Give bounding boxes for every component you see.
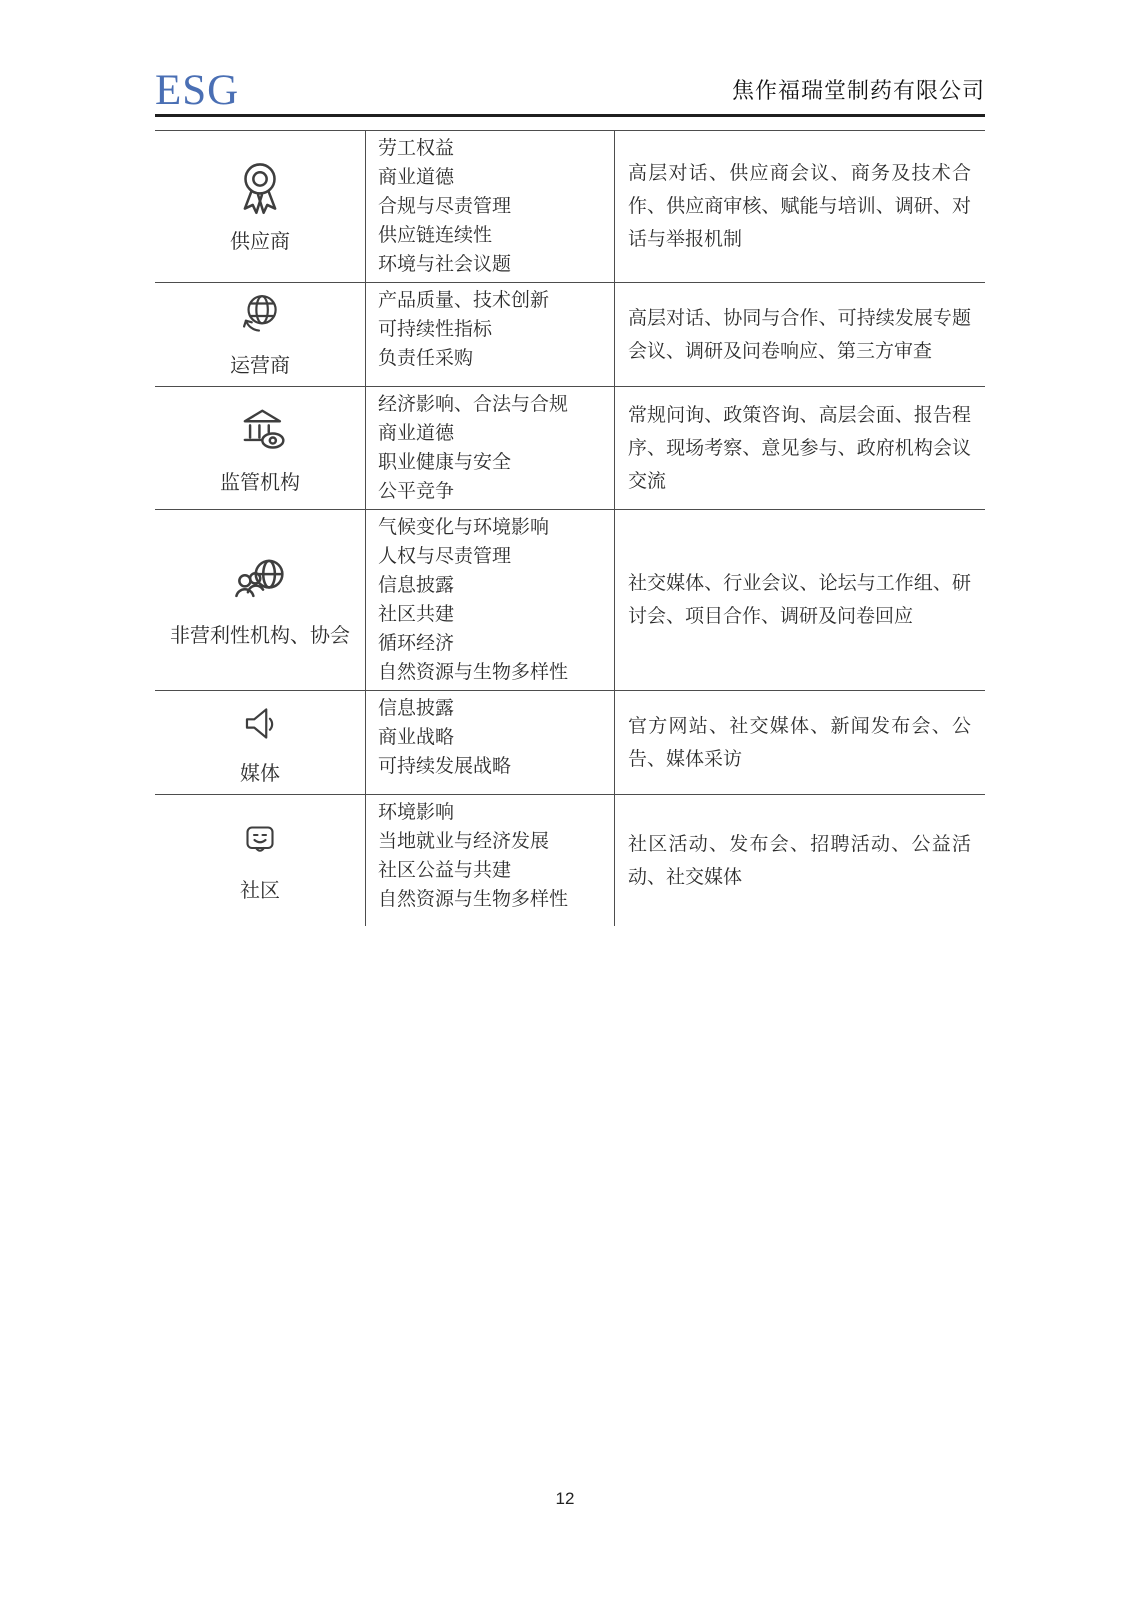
topic-line: 产品质量、技术创新 — [378, 286, 606, 315]
stakeholder-cell: 供应商 — [155, 131, 365, 282]
stakeholder-cell: 媒体 — [155, 691, 365, 794]
topic-line: 循环经济 — [378, 629, 606, 658]
topic-line: 自然资源与生物多样性 — [378, 885, 606, 914]
topic-line: 商业道德 — [378, 163, 606, 192]
page-header: ESG 焦作福瑞堂制药有限公司 — [155, 68, 985, 117]
stakeholder-label: 运营商 — [230, 349, 290, 378]
methods-text: 官方网站、社交媒体、新闻发布会、公告、媒体采访 — [628, 710, 971, 776]
methods-cell: 常规问询、政策咨询、高层会面、报告程序、现场考察、意见参与、政府机构会议交流 — [615, 387, 985, 509]
topics-cell: 信息披露 商业战略 可持续发展战略 — [365, 691, 615, 794]
stakeholder-label: 非营利性机构、协会 — [170, 619, 350, 648]
document-page: ESG 焦作福瑞堂制药有限公司 供应商 — [0, 0, 1130, 1600]
page-number: 12 — [0, 1489, 1130, 1509]
table-row: 运营商 产品质量、技术创新 可持续性指标 负责任采购 高层对话、协同与合作、可持… — [155, 282, 985, 386]
table-row: 媒体 信息披露 商业战略 可持续发展战略 官方网站、社交媒体、新闻发布会、公告、… — [155, 690, 985, 794]
stakeholder-label: 社区 — [240, 874, 280, 903]
table-row: 监管机构 经济影响、合法与合规 商业道德 职业健康与安全 公平竞争 常规问询、政… — [155, 386, 985, 509]
methods-text: 社区活动、发布会、招聘活动、公益活动、社交媒体 — [628, 828, 971, 894]
topic-line: 社区公益与共建 — [378, 856, 606, 885]
chat-smiley-icon — [236, 818, 284, 866]
topic-line: 环境与社会议题 — [378, 250, 606, 279]
topic-line: 可持续性指标 — [378, 315, 606, 344]
stakeholder-cell: 非营利性机构、协会 — [155, 510, 365, 690]
topic-line: 自然资源与生物多样性 — [378, 658, 606, 687]
topic-line: 气候变化与环境影响 — [378, 513, 606, 542]
company-name: 焦作福瑞堂制药有限公司 — [732, 74, 985, 113]
topic-line: 负责任采购 — [378, 344, 606, 373]
bank-eye-icon — [232, 402, 288, 458]
methods-cell: 高层对话、协同与合作、可持续发展专题会议、调研及问卷响应、第三方审查 — [615, 283, 985, 386]
topic-line: 当地就业与经济发展 — [378, 827, 606, 856]
methods-cell: 高层对话、供应商会议、商务及技术合作、供应商审核、赋能与培训、调研、对话与举报机… — [615, 131, 985, 282]
stakeholder-label: 供应商 — [230, 225, 290, 254]
topic-line: 供应链连续性 — [378, 221, 606, 250]
topic-line: 可持续发展战略 — [378, 752, 606, 781]
topics-cell: 劳工权益 商业道德 合规与尽责管理 供应链连续性 环境与社会议题 — [365, 131, 615, 282]
stakeholder-cell: 监管机构 — [155, 387, 365, 509]
stakeholder-cell: 社区 — [155, 795, 365, 926]
topic-line: 环境影响 — [378, 798, 606, 827]
page-content: ESG 焦作福瑞堂制药有限公司 供应商 — [155, 68, 985, 926]
topic-line: 公平竞争 — [378, 477, 606, 506]
stakeholder-table: 供应商 劳工权益 商业道德 合规与尽责管理 供应链连续性 环境与社会议题 高层对… — [155, 130, 985, 926]
methods-cell: 社交媒体、行业会议、论坛与工作组、研讨会、项目合作、调研及问卷回应 — [615, 510, 985, 690]
topic-line: 人权与尽责管理 — [378, 542, 606, 571]
people-globe-icon — [231, 553, 289, 611]
topics-cell: 经济影响、合法与合规 商业道德 职业健康与安全 公平竞争 — [365, 387, 615, 509]
topic-line: 信息披露 — [378, 694, 606, 723]
topic-line: 职业健康与安全 — [378, 448, 606, 477]
methods-text: 常规问询、政策咨询、高层会面、报告程序、现场考察、意见参与、政府机构会议交流 — [628, 399, 971, 498]
stakeholder-label: 媒体 — [240, 757, 280, 786]
speaker-icon — [235, 699, 285, 749]
esg-logo: ESG — [155, 68, 239, 113]
stakeholder-cell: 运营商 — [155, 283, 365, 386]
methods-text: 社交媒体、行业会议、论坛与工作组、研讨会、项目合作、调研及问卷回应 — [628, 567, 971, 633]
methods-text: 高层对话、协同与合作、可持续发展专题会议、调研及问卷响应、第三方审查 — [628, 302, 971, 368]
globe-sync-icon — [235, 291, 285, 341]
table-row: 供应商 劳工权益 商业道德 合规与尽责管理 供应链连续性 环境与社会议题 高层对… — [155, 130, 985, 282]
methods-text: 高层对话、供应商会议、商务及技术合作、供应商审核、赋能与培训、调研、对话与举报机… — [628, 157, 971, 256]
table-row: 非营利性机构、协会 气候变化与环境影响 人权与尽责管理 信息披露 社区共建 循环… — [155, 509, 985, 690]
stakeholder-label: 监管机构 — [220, 466, 300, 495]
methods-cell: 社区活动、发布会、招聘活动、公益活动、社交媒体 — [615, 795, 985, 926]
topic-line: 经济影响、合法与合规 — [378, 390, 606, 419]
topics-cell: 气候变化与环境影响 人权与尽责管理 信息披露 社区共建 循环经济 自然资源与生物… — [365, 510, 615, 690]
table-row: 社区 环境影响 当地就业与经济发展 社区公益与共建 自然资源与生物多样性 社区活… — [155, 794, 985, 926]
topic-line: 商业道德 — [378, 419, 606, 448]
topic-line: 信息披露 — [378, 571, 606, 600]
topic-line: 合规与尽责管理 — [378, 192, 606, 221]
topic-line: 社区共建 — [378, 600, 606, 629]
methods-cell: 官方网站、社交媒体、新闻发布会、公告、媒体采访 — [615, 691, 985, 794]
topic-line: 劳工权益 — [378, 134, 606, 163]
topic-line: 商业战略 — [378, 723, 606, 752]
topics-cell: 产品质量、技术创新 可持续性指标 负责任采购 — [365, 283, 615, 386]
topics-cell: 环境影响 当地就业与经济发展 社区公益与共建 自然资源与生物多样性 — [365, 795, 615, 926]
award-medal-icon — [231, 159, 289, 217]
